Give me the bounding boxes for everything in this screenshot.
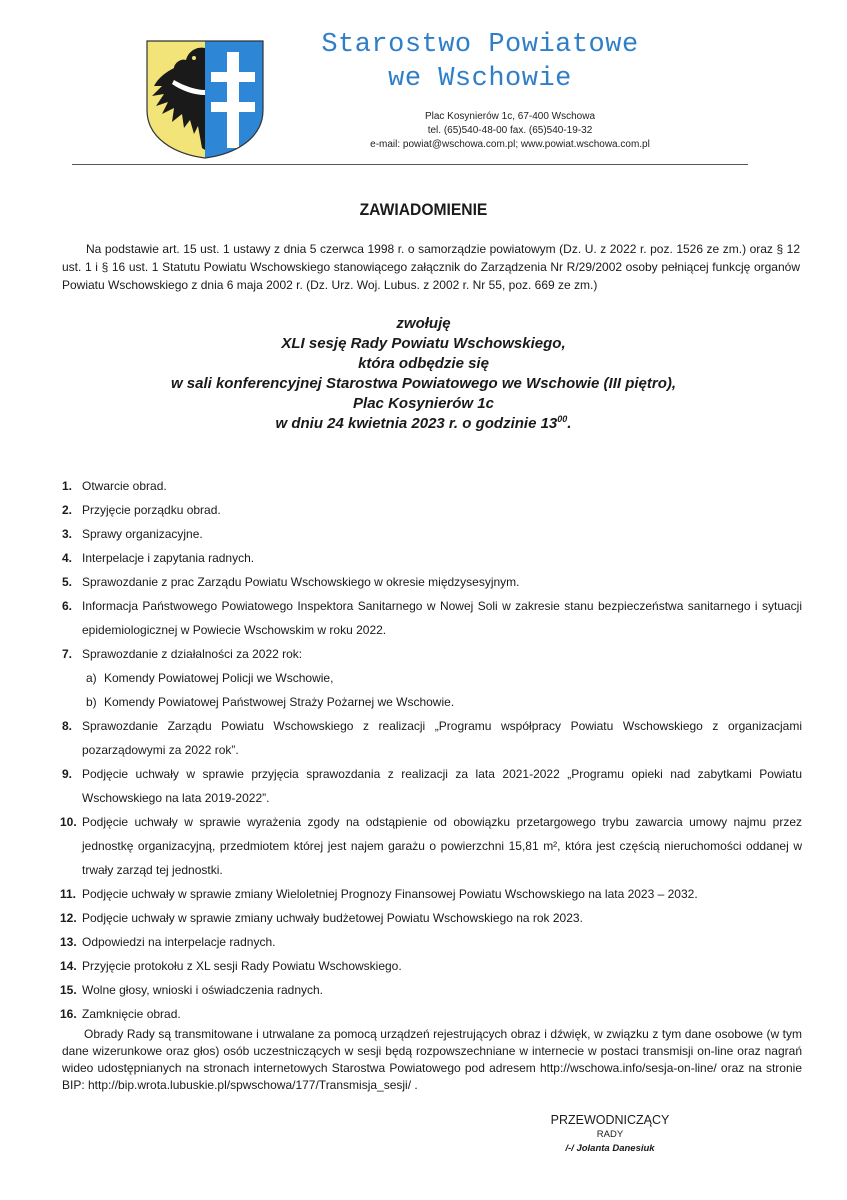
agenda-item: 16.Zamknięcie obrad.	[62, 1002, 802, 1026]
agenda-item-number: 2.	[62, 498, 72, 522]
agenda-item-number: 4.	[62, 546, 72, 570]
agenda-item-text: Informacja Państwowego Powiatowego Inspe…	[82, 599, 802, 637]
agenda-item-text: Podjęcie uchwały w sprawie zmiany uchwał…	[82, 911, 583, 925]
agenda-item-number: 1.	[62, 474, 72, 498]
agenda-item-text: Sprawozdanie z prac Zarządu Powiatu Wsch…	[82, 575, 520, 589]
legal-basis: Na podstawie art. 15 ust. 1 ustawy z dni…	[62, 240, 800, 294]
agenda-subitem: b)Komendy Powiatowej Państwowej Straży P…	[82, 690, 802, 714]
agenda-item-number: 16.	[60, 1002, 77, 1026]
agenda-item-text: Interpelacje i zapytania radnych.	[82, 551, 254, 565]
agenda-subitem-text: Komendy Powiatowej Państwowej Straży Poż…	[104, 695, 454, 709]
agenda-item-text: Odpowiedzi na interpelacje radnych.	[82, 935, 275, 949]
date-time-end: .	[567, 415, 571, 432]
agenda-item: 6.Informacja Państwowego Powiatowego Ins…	[62, 594, 802, 642]
agenda-item-number: 10.	[60, 810, 77, 834]
agenda-sublist: a)Komendy Powiatowej Policji we Wschowie…	[82, 666, 802, 714]
agenda-item-text: Wolne głosy, wnioski i oświadczenia radn…	[82, 983, 323, 997]
convene-line4: w sali konferencyjnej Starostwa Powiatow…	[0, 374, 847, 394]
agenda-item-text: Podjęcie uchwały w sprawie przyjęcia spr…	[82, 767, 802, 805]
agenda-list: 1.Otwarcie obrad.2.Przyjęcie porządku ob…	[62, 474, 802, 1026]
email-web: e-mail: powiat@wschowa.com.pl; www.powia…	[300, 138, 720, 152]
agenda-item: 7.Sprawozdanie z działalności za 2022 ro…	[62, 642, 802, 714]
agenda-subitem-letter: a)	[86, 666, 97, 690]
org-name-line2: we Wschowie	[270, 62, 690, 96]
agenda-item-number: 14.	[60, 954, 77, 978]
address: Plac Kosynierów 1c, 67-400 Wschowa	[300, 110, 720, 124]
agenda-item: 11.Podjęcie uchwały w sprawie zmiany Wie…	[62, 882, 802, 906]
signature-name: /-/ Jolanta Danesiuk	[520, 1142, 700, 1156]
agenda-item-number: 9.	[62, 762, 72, 786]
agenda-item: 13.Odpowiedzi na interpelacje radnych.	[62, 930, 802, 954]
agenda-item-number: 15.	[60, 978, 77, 1002]
agenda-item-text: Sprawozdanie Zarządu Powiatu Wschowskieg…	[82, 719, 802, 757]
agenda-item: 15.Wolne głosy, wnioski i oświadczenia r…	[62, 978, 802, 1002]
agenda-item: 4.Interpelacje i zapytania radnych.	[62, 546, 802, 570]
agenda-item-number: 6.	[62, 594, 72, 618]
convene-line1: zwołuję	[0, 314, 847, 334]
agenda-subitem-text: Komendy Powiatowej Policji we Wschowie,	[104, 671, 333, 685]
agenda-item: 2.Przyjęcie porządku obrad.	[62, 498, 802, 522]
agenda-item-text: Podjęcie uchwały w sprawie wyrażenia zgo…	[82, 815, 802, 877]
agenda-item: 9.Podjęcie uchwały w sprawie przyjęcia s…	[62, 762, 802, 810]
convene-line3: która odbędzie się	[0, 354, 847, 374]
time-minutes: 00	[557, 414, 567, 424]
agenda-item-number: 13.	[60, 930, 77, 954]
agenda-item: 1.Otwarcie obrad.	[62, 474, 802, 498]
recording-notice: Obrady Rady są transmitowane i utrwalane…	[62, 1026, 802, 1094]
agenda-item-text: Podjęcie uchwały w sprawie zmiany Wielol…	[82, 887, 698, 901]
agenda-item-number: 5.	[62, 570, 72, 594]
agenda-item-text: Sprawozdanie z działalności za 2022 rok:	[82, 647, 302, 661]
convene-line5: Plac Kosynierów 1c	[0, 394, 847, 414]
header-divider	[72, 164, 748, 165]
convene-line2: XLI sesję Rady Powiatu Wschowskiego,	[0, 334, 847, 354]
document-title: ZAWIADOMIENIE	[34, 200, 813, 220]
agenda-item: 8.Sprawozdanie Zarządu Powiatu Wschowski…	[62, 714, 802, 762]
agenda-subitem-letter: b)	[86, 690, 97, 714]
agenda-item-number: 7.	[62, 642, 72, 666]
agenda-subitem: a)Komendy Powiatowej Policji we Wschowie…	[82, 666, 802, 690]
org-name-line1: Starostwo Powiatowe	[321, 30, 638, 60]
convene-date-time: w dniu 24 kwietnia 2023 r. o godzinie 13…	[0, 414, 847, 434]
agenda-item-text: Przyjęcie protokołu z XL sesji Rady Powi…	[82, 959, 402, 973]
agenda-item-text: Przyjęcie porządku obrad.	[82, 503, 221, 517]
agenda-item-text: Sprawy organizacyjne.	[82, 527, 203, 541]
contact-info: Plac Kosynierów 1c, 67-400 Wschowa tel. …	[300, 110, 720, 152]
agenda-item-text: Otwarcie obrad.	[82, 479, 167, 493]
agenda-item-number: 12.	[60, 906, 77, 930]
agenda-item-text: Zamknięcie obrad.	[82, 1007, 181, 1021]
signature-role: PRZEWODNICZĄCY	[520, 1112, 700, 1128]
agenda-item: 5.Sprawozdanie z prac Zarządu Powiatu Ws…	[62, 570, 802, 594]
agenda-item: 14.Przyjęcie protokołu z XL sesji Rady P…	[62, 954, 802, 978]
legal-basis-text: Na podstawie art. 15 ust. 1 ustawy z dni…	[62, 240, 800, 294]
agenda-item-number: 8.	[62, 714, 72, 738]
signature-body: RADY	[520, 1128, 700, 1142]
document-page: Starostwo Powiatowe we Wschowie Plac Kos…	[0, 0, 847, 1200]
coat-of-arms-icon	[144, 38, 266, 160]
recording-notice-text: Obrady Rady są transmitowane i utrwalane…	[62, 1026, 802, 1094]
signature-block: PRZEWODNICZĄCY RADY /-/ Jolanta Danesiuk	[520, 1112, 700, 1156]
session-announcement: zwołuję XLI sesję Rady Powiatu Wschowski…	[0, 314, 847, 434]
phone-fax: tel. (65)540-48-00 fax. (65)540-19-32	[300, 124, 720, 138]
agenda-item-number: 11.	[60, 882, 76, 906]
agenda-item-number: 3.	[62, 522, 72, 546]
organization-name: Starostwo Powiatowe we Wschowie	[270, 28, 690, 96]
agenda-item: 10.Podjęcie uchwały w sprawie wyrażenia …	[62, 810, 802, 882]
agenda-item: 3.Sprawy organizacyjne.	[62, 522, 802, 546]
agenda-item: 12.Podjęcie uchwały w sprawie zmiany uch…	[62, 906, 802, 930]
date-time-text: w dniu 24 kwietnia 2023 r. o godzinie 13	[276, 415, 558, 432]
